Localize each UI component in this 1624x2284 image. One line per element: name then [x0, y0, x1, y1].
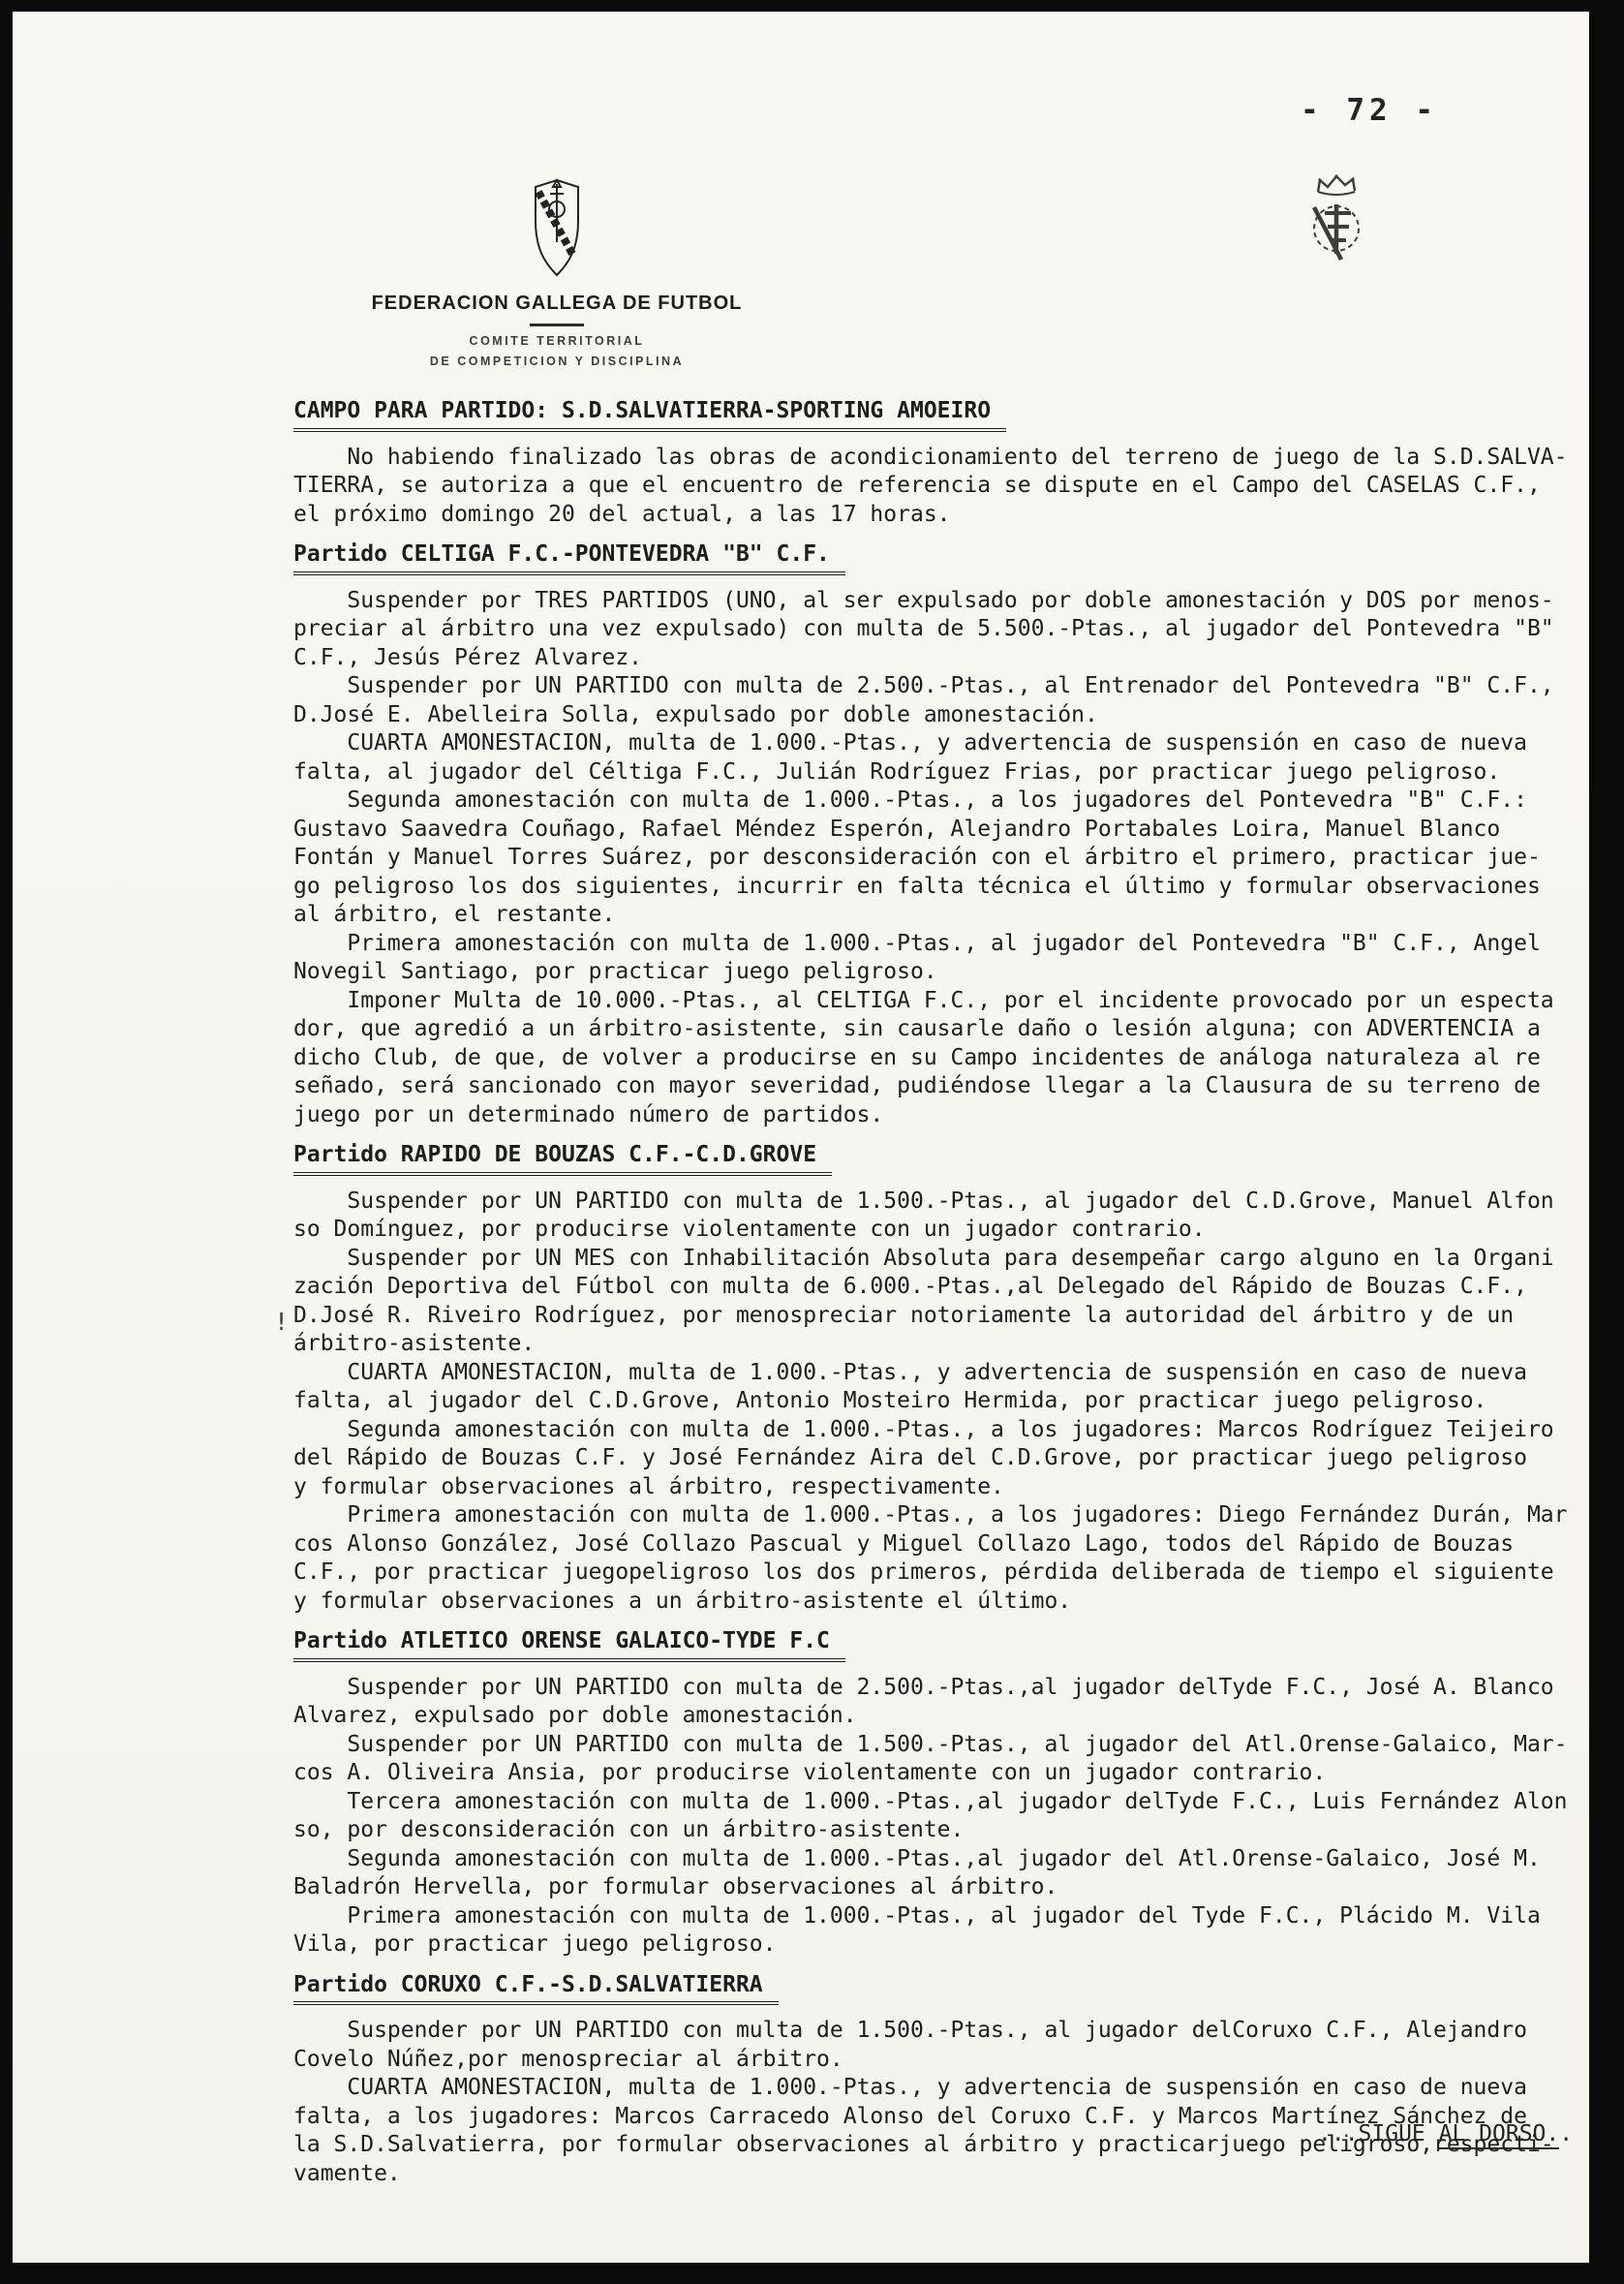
- organization-name: FEDERACION GALLEGA DE FUTBOL: [353, 293, 760, 315]
- scanned-page: - 72 -: [0, 0, 1624, 2284]
- continuation-note-underlined: AL DORSO.: [1439, 2121, 1560, 2149]
- continuation-note-prefix: ...SIGUE: [1318, 2121, 1439, 2146]
- committee-line-1: COMITE TERRITORIAL: [353, 334, 760, 348]
- paragraph: Imponer Multa de 10.000.-Ptas., al CELTI…: [293, 987, 1587, 1130]
- section-heading-text: Partido RAPIDO DE BOUZAS C.F.-C.D.GROVE: [293, 1141, 832, 1176]
- paragraph: Suspender por UN PARTIDO con multa de 2.…: [293, 1674, 1587, 1731]
- section-heading-text: Partido CELTIGA F.C.-PONTEVEDRA "B" C.F.: [293, 540, 845, 575]
- paragraph: Suspender por UN PARTIDO con multa de 2.…: [293, 672, 1587, 729]
- paragraph: No habiendo finalizado las obras de acon…: [293, 444, 1587, 530]
- section-heading: Partido CORUXO C.F.-S.D.SALVATIERRA: [293, 1971, 1587, 2006]
- section-heading-text: Partido ATLETICO ORENSE GALAICO-TYDE F.C: [293, 1627, 845, 1662]
- paragraph: Suspender por UN PARTIDO con multa de 1.…: [293, 1188, 1587, 1245]
- paragraph: Segunda amonestación con multa de 1.000.…: [293, 1845, 1587, 1902]
- crowned-ff-stamp-icon: [1306, 172, 1370, 275]
- paragraph: Suspender por TRES PARTIDOS (UNO, al ser…: [293, 587, 1587, 673]
- scan-artifact-mark: !: [274, 1308, 289, 1336]
- paragraph: Suspender por UN PARTIDO con multa de 1.…: [293, 1731, 1587, 1788]
- paragraph: Suspender por UN PARTIDO con multa de 1.…: [293, 2017, 1587, 2074]
- committee-line-2: DE COMPETICION Y DISCIPLINA: [353, 355, 760, 368]
- continuation-note: ...SIGUE AL DORSO..: [1318, 2121, 1573, 2146]
- section-heading: Partido CELTIGA F.C.-PONTEVEDRA "B" C.F.: [293, 540, 1587, 575]
- paragraph: Segunda amonestación con multa de 1.000.…: [293, 787, 1587, 930]
- section-heading: Partido RAPIDO DE BOUZAS C.F.-C.D.GROVE: [293, 1141, 1587, 1176]
- section-heading-text: Partido CORUXO C.F.-S.D.SALVATIERRA: [293, 1971, 779, 2006]
- page-number: - 72 -: [1301, 93, 1438, 128]
- continuation-note-suffix: .: [1559, 2121, 1573, 2146]
- paragraph: Primera amonestación con multa de 1.000.…: [293, 1902, 1587, 1960]
- federation-shield-icon: [534, 178, 580, 281]
- paragraph: Suspender por UN MES con Inhabilitación …: [293, 1245, 1587, 1359]
- paragraph: CUARTA AMONESTACION, multa de 1.000.-Pta…: [293, 729, 1587, 787]
- paragraph: Tercera amonestación con multa de 1.000.…: [293, 1788, 1587, 1845]
- paragraph: Primera amonestación con multa de 1.000.…: [293, 1501, 1587, 1616]
- letterhead: FEDERACION GALLEGA DE FUTBOL COMITE TERR…: [353, 178, 760, 368]
- section-heading: Partido ATLETICO ORENSE GALAICO-TYDE F.C: [293, 1627, 1587, 1662]
- paragraph: CUARTA AMONESTACION, multa de 1.000.-Pta…: [293, 1359, 1587, 1416]
- section-heading-text: CAMPO PARA PARTIDO: S.D.SALVATIERRA-SPOR…: [293, 397, 1006, 432]
- paragraph: Primera amonestación con multa de 1.000.…: [293, 930, 1587, 987]
- paper: - 72 -: [13, 12, 1589, 2263]
- paragraph: Segunda amonestación con multa de 1.000.…: [293, 1416, 1587, 1502]
- letterhead-divider: [530, 324, 584, 326]
- section-heading: CAMPO PARA PARTIDO: S.D.SALVATIERRA-SPOR…: [293, 397, 1587, 432]
- document-body: CAMPO PARA PARTIDO: S.D.SALVATIERRA-SPOR…: [293, 397, 1587, 2188]
